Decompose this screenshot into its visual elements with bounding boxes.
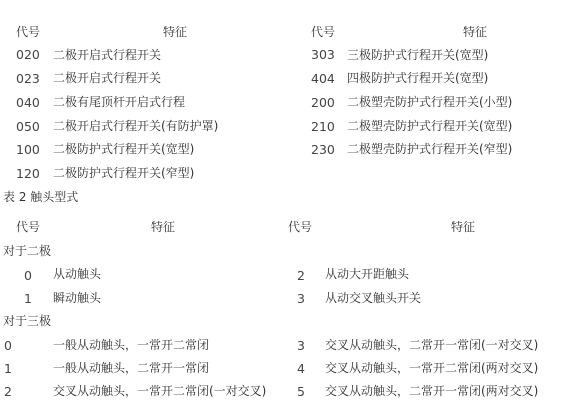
row-code: 0 bbox=[24, 268, 32, 284]
row-feature: 二极开启式行程开关 bbox=[53, 47, 161, 63]
row-feature: 二极塑壳防护式行程开关(宽型) bbox=[347, 118, 512, 134]
column-header-code: 代号 bbox=[288, 219, 312, 235]
column-header-feature: 特征 bbox=[163, 24, 187, 40]
row-code: 210 bbox=[311, 119, 335, 135]
row-feature: 三极防护式行程开关(宽型) bbox=[347, 47, 488, 63]
row-feature: 二极开启式行程开关 bbox=[53, 70, 161, 86]
row-feature: 交叉从动触头，一常开二常闭(一对交叉) bbox=[53, 383, 266, 399]
row-feature: 一般从动触头，一常开二常闭 bbox=[53, 337, 209, 353]
row-code: 230 bbox=[311, 142, 335, 158]
row-code: 404 bbox=[311, 71, 335, 87]
row-feature: 二极开启式行程开关(有防护罩) bbox=[53, 118, 218, 134]
group-label: 对于三极 bbox=[3, 313, 51, 329]
row-code: 303 bbox=[311, 47, 335, 63]
row-code: 120 bbox=[16, 166, 40, 182]
row-code: 050 bbox=[16, 119, 40, 135]
row-code: 4 bbox=[297, 361, 305, 377]
row-code: 020 bbox=[16, 47, 40, 63]
row-feature: 交叉从动触头，二常开一常闭(两对交叉) bbox=[325, 383, 538, 399]
row-feature: 二极防护式行程开关(窄型) bbox=[53, 165, 194, 181]
row-feature: 二极防护式行程开关(宽型) bbox=[53, 141, 194, 157]
row-feature: 二极有尾顶杆开启式行程 bbox=[53, 94, 185, 110]
group-label: 对于二极 bbox=[3, 243, 51, 259]
row-code: 2 bbox=[297, 268, 305, 284]
row-code: 023 bbox=[16, 71, 40, 87]
row-code: 3 bbox=[297, 338, 305, 354]
row-feature: 从动交叉触头开关 bbox=[325, 290, 421, 306]
row-feature: 二极塑壳防护式行程开关(小型) bbox=[347, 94, 512, 110]
column-header-feature: 特征 bbox=[451, 219, 475, 235]
column-header-code: 代号 bbox=[311, 24, 335, 40]
row-code: 1 bbox=[24, 291, 32, 307]
column-header-code: 代号 bbox=[16, 24, 40, 40]
row-code: 3 bbox=[297, 291, 305, 307]
column-header-feature: 特征 bbox=[151, 219, 175, 235]
row-code: 040 bbox=[16, 95, 40, 111]
row-feature: 从动触头 bbox=[53, 266, 101, 282]
row-feature: 二极塑壳防护式行程开关(窄型) bbox=[347, 141, 512, 157]
row-code: 0 bbox=[4, 338, 12, 354]
row-code: 200 bbox=[311, 95, 335, 111]
row-feature: 瞬动触头 bbox=[53, 290, 101, 306]
row-feature: 四极防护式行程开关(宽型) bbox=[347, 70, 488, 86]
row-feature: 交叉从动触头，二常开一常闭(一对交叉) bbox=[325, 337, 538, 353]
column-header-code: 代号 bbox=[16, 219, 40, 235]
row-feature: 从动大开距触头 bbox=[325, 266, 409, 282]
column-header-feature: 特征 bbox=[463, 24, 487, 40]
row-feature: 交叉从动触头，一常开二常闭(两对交叉) bbox=[325, 360, 538, 376]
row-code: 2 bbox=[4, 384, 12, 400]
row-code: 100 bbox=[16, 142, 40, 158]
table2-caption: 表 2 触头型式 bbox=[3, 189, 78, 205]
row-code: 5 bbox=[297, 384, 305, 400]
row-feature: 一般从动触头，二常开一常闭 bbox=[53, 360, 209, 376]
row-code: 1 bbox=[4, 361, 12, 377]
